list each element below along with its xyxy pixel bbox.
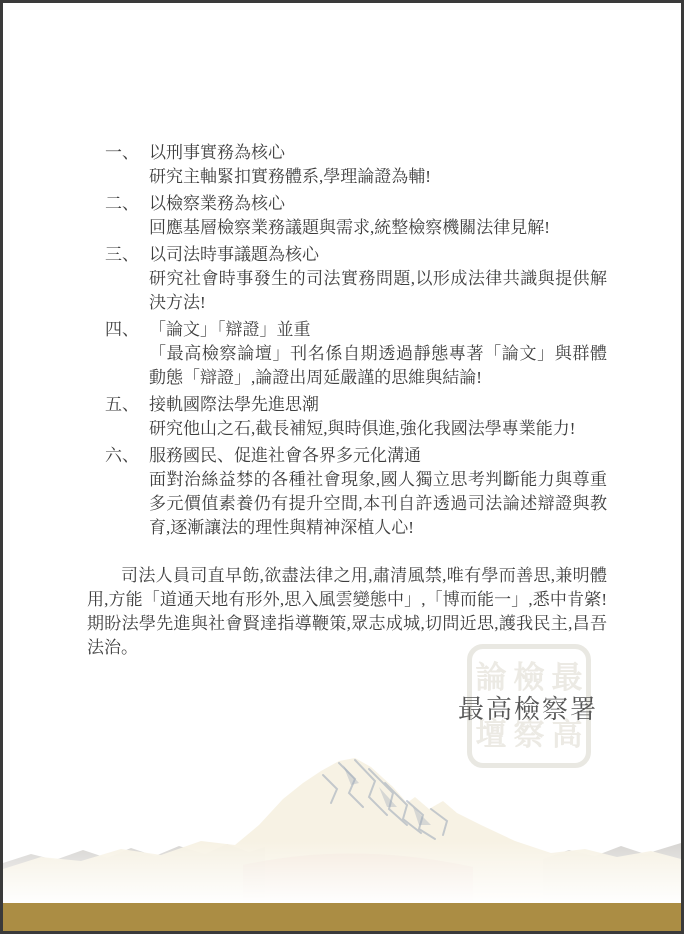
list-item-number: 一、 (105, 141, 139, 165)
list-item-title: 以檢察業務為核心 (149, 192, 607, 216)
list-item-number: 四、 (105, 318, 139, 342)
list-item: 六、 服務國民、促進社會各界多元化溝通 面對治絲益棼的各種社會現象,國人獨立思考… (105, 444, 607, 540)
list-item-title: 接軌國際法學先進思潮 (149, 393, 607, 417)
editorial-policy-list: 一、 以刑事實務為核心 研究主軸緊扣實務體系,學理論證為輔! 二、 以檢察業務為… (105, 141, 607, 543)
document-page: 一、 以刑事實務為核心 研究主軸緊扣實務體系,學理論證為輔! 二、 以檢察業務為… (0, 0, 684, 934)
signature-text: 最高檢察署 (458, 689, 618, 726)
list-item-number: 三、 (105, 243, 139, 267)
list-item-number: 五、 (105, 393, 139, 417)
list-item-body: 面對治絲益棼的各種社會現象,國人獨立思考判斷能力與尊重多元價值素養仍有提升空間,… (149, 468, 607, 540)
mountain-watermark (3, 745, 681, 905)
list-item-body: 研究主軸緊扣實務體系,學理論證為輔! (149, 165, 607, 189)
list-item-title: 以司法時事議題為核心 (149, 243, 607, 267)
list-item: 四、 「論文」「辯證」並重 「最高檢察論壇」刊名係自期透過靜態專著「論文」與群體… (105, 318, 607, 390)
list-item: 五、 接軌國際法學先進思潮 研究他山之石,截長補短,與時俱進,強化我國法學專業能… (105, 393, 607, 441)
list-item-body: 「最高檢察論壇」刊名係自期透過靜態專著「論文」與群體動態「辯證」,論證出周延嚴謹… (149, 342, 607, 390)
list-item-number: 六、 (105, 444, 139, 468)
list-item-body: 研究社會時事發生的司法實務問題,以形成法律共識與提供解決方法! (149, 267, 607, 315)
list-item-title: 以刑事實務為核心 (149, 141, 607, 165)
list-item-body: 回應基層檢察業務議題與需求,統整檢察機關法律見解! (149, 216, 607, 240)
list-item: 三、 以司法時事議題為核心 研究社會時事發生的司法實務問題,以形成法律共識與提供… (105, 243, 607, 315)
footer-gold-bar (3, 903, 681, 931)
list-item-body: 研究他山之石,截長補短,與時俱進,強化我國法學專業能力! (149, 417, 607, 441)
list-item: 二、 以檢察業務為核心 回應基層檢察業務議題與需求,統整檢察機關法律見解! (105, 192, 607, 240)
list-item-title: 「論文」「辯證」並重 (149, 318, 607, 342)
list-item-title: 服務國民、促進社會各界多元化溝通 (149, 444, 607, 468)
list-item-number: 二、 (105, 192, 139, 216)
list-item: 一、 以刑事實務為核心 研究主軸緊扣實務體系,學理論證為輔! (105, 141, 607, 189)
